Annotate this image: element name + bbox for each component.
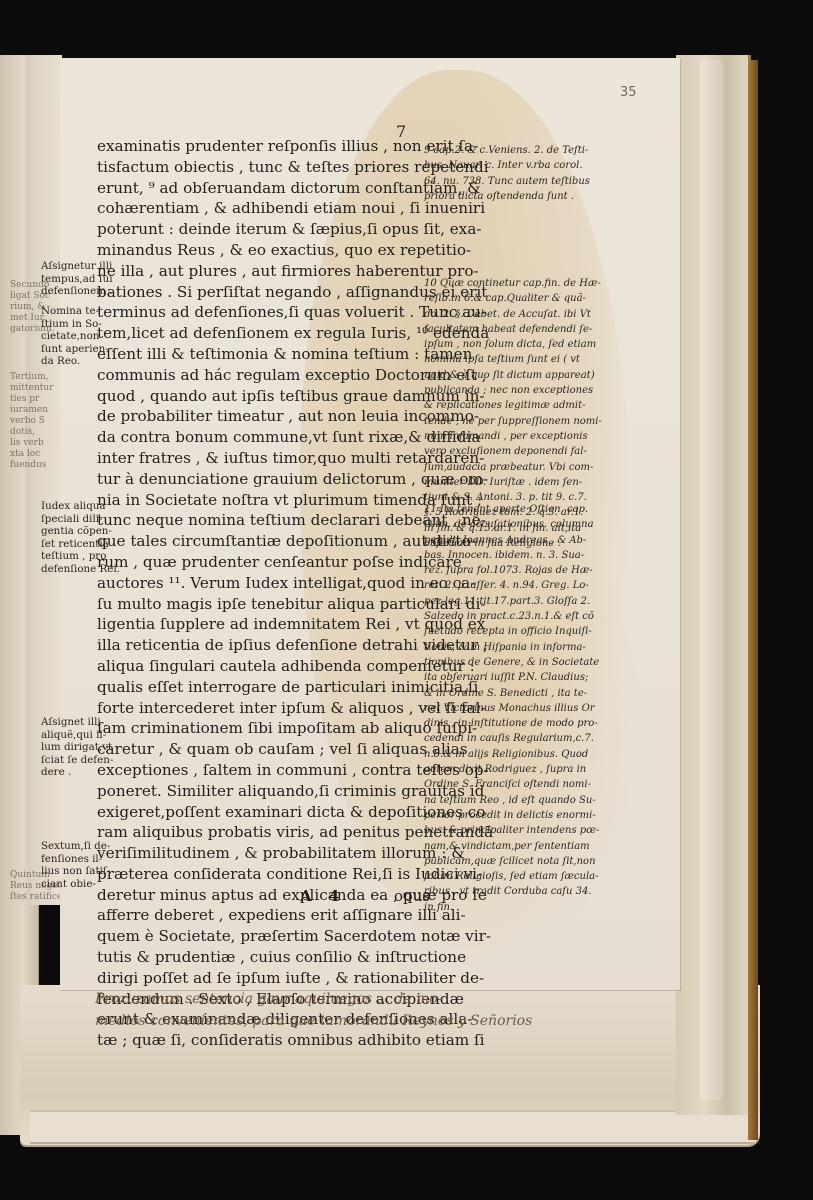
text-line: exceptiones , ſaltem in communi , contra… <box>97 760 427 781</box>
text-line: rum , quæ prudenter cenſeantur poſse ind… <box>97 552 427 573</box>
text-line: afferre deberet , expediens erit aſſigna… <box>97 905 427 926</box>
footnote-line: muniter DD. Iuriſtæ . idem ſen- <box>424 475 610 490</box>
text-line: exigeret,poſſent examinari dicta & depoſ… <box>97 802 427 823</box>
margin-note-line: tempus,ad ſui <box>41 273 113 286</box>
handwriting-line: medios convenientes, para que tamorandu … <box>95 1010 655 1032</box>
margin-note: Sextum,ſi de-fenſiones il-lius non ſatiſ… <box>41 840 113 890</box>
margin-note: Aſsignetur illitempus,ad ſuidefenſionem … <box>41 260 113 298</box>
back-note-line: iuramen <box>10 405 66 416</box>
footnote-line: ſuetudo recepta in officio Inquiſi- <box>424 624 610 639</box>
text-line: caretur , & quam ob cauſam ; vel ſi aliq… <box>97 739 427 760</box>
text-line: quod , quando aut ipſis teſtibus graue d… <box>97 386 427 407</box>
text-line: veriſimilitudinem , & probabilitatem ill… <box>97 843 427 864</box>
back-note-line: mittentur <box>10 383 66 394</box>
footnote-line: bas. Innocen. ibidem. n. 3. Sua- <box>424 548 610 563</box>
footnote-line: na teſtium Reo , id eſt quando Su- <box>424 793 610 808</box>
text-line: examinatis prudenter reſponſis illius , … <box>97 136 427 157</box>
text-line: poterunt : deinde iterum & ſæpius,ſi opu… <box>97 219 427 240</box>
main-text-column: examinatis prudenter reſponſis illius , … <box>97 136 427 1051</box>
margin-note-line: Aſsignetur illi <box>41 260 113 273</box>
footnote-line: ribus , vt tradit Corduba caſu 34. <box>424 884 610 899</box>
margin-note-line: lius non ſatiſ- <box>41 865 113 878</box>
binding-edge <box>748 60 758 1140</box>
margin-note-line: ſunt aperien- <box>41 343 113 356</box>
margin-note: Aſsignet illialiquẽ,qui il-lum dirigat,v… <box>41 716 113 779</box>
page-stack-bottom-edge <box>30 1110 755 1144</box>
handwritten-annotation: Prozuzamos sentencia gaur aquiluegos ...… <box>95 988 655 1032</box>
text-line: tur à denunciatione grauium delictorum ,… <box>97 469 427 490</box>
margin-note-line: da Reo. <box>41 355 113 368</box>
footnote-line: tende , ne per ſuppreſſionem nomi- <box>424 414 610 429</box>
footnote-line: pez.leg.11.tit.17.part.3. Gloſſa 2. <box>424 594 610 609</box>
text-line: tisfactum obiectis , tunc & teſtes prior… <box>97 157 427 178</box>
text-line: inter fratres , & iuſtus timor,quo multi… <box>97 448 427 469</box>
footnote-line: publicam,quæ ſcilicet nota ſit,non <box>424 854 610 869</box>
footnote-line: in fin. <box>424 900 610 915</box>
footnote-line: 10 Quæ continetur cap.fin. de Hæ- <box>424 276 610 291</box>
text-line: qualis eſſet interrogare de particulari … <box>97 677 427 698</box>
footnote-line: tionis, & in Hiſpania in informa- <box>424 640 610 655</box>
text-line: communis ad hác regulam exceptio Doctoru… <box>97 365 427 386</box>
footnote-line: rez. ſupra fol.1073. Rojas de Hæ- <box>424 563 610 578</box>
margin-note-line: ſtium in So- <box>41 318 113 331</box>
text-line: poneret. Similiter aliquando,ſi criminis… <box>97 781 427 802</box>
footnote-line: nam,& vindictam,per ſententiam <box>424 839 610 854</box>
footnote-line: tionibus de Genere, & in Societate <box>424 655 610 670</box>
back-note-line: ſtes ratificent <box>10 892 66 903</box>
footnote-line: Ordine S. Franciſci oſtendi nomi- <box>424 777 610 792</box>
margin-note-line: gentia cõpen- <box>41 525 113 538</box>
footnote-line: priora dicta oſtendenda ſunt . <box>424 189 610 204</box>
footnote-line: quid,& à quo ſit dictum appareat) <box>424 368 610 383</box>
text-line: tem,licet ad defenſionem ex regula Iuris… <box>97 323 427 344</box>
text-line: quem è Societate, præſertim Sacerdotem n… <box>97 926 427 947</box>
margin-note-line: ciant obie- <box>41 878 113 891</box>
footnote-line: do. 2. §. Debet. de Accuſat. ibi Vt <box>424 307 610 322</box>
back-note-line: lis verb <box>10 438 66 449</box>
footnote-line: penult. Ioannes Andreas , & Ab- <box>424 533 610 548</box>
text-line: nia in Societate noſtra vt plurimum time… <box>97 490 427 511</box>
footnote-line: perior procedit in delictis enormi- <box>424 808 610 823</box>
text-line: dirigi poſſet ad ſe ipſum iuſte , & rati… <box>97 968 427 989</box>
margin-note: Iudex aliquaſpeciali dili-gentia cõpen-ſ… <box>41 500 113 576</box>
footnote-line: & replicationes legitimæ admit- <box>424 398 610 413</box>
margin-note-line: teſtium , pro <box>41 550 113 563</box>
footnote-line: bus. & principaliter intendens pœ- <box>424 823 610 838</box>
text-line: ſu multo magis ipſe tenebitur aliqua par… <box>97 594 427 615</box>
margin-note-line: ſpeciali dili- <box>41 513 113 526</box>
text-line: tunc neque nomina teſtium declarari debe… <box>97 510 427 531</box>
text-line: eſſent illi & teſtimonia & nomina teſtiu… <box>97 344 427 365</box>
text-line: aliqua ſingulari cautela adhibenda compe… <box>97 656 427 677</box>
signature-mark: A 4 <box>300 887 345 905</box>
margin-note-line: ſciat ſe defen- <box>41 754 113 767</box>
margin-note-line: Sextum,ſi de- <box>41 840 113 853</box>
footnote-11: 11 Ita tenent aperte Oſtien. cap.Olim. d… <box>424 502 610 915</box>
text-line: terminus ad defenſiones,ſi quas voluerit… <box>97 302 427 323</box>
footnote-line: autem dixit Rodriguez , ſupra in <box>424 762 610 777</box>
margin-note-line: Iudex aliqua <box>41 500 113 513</box>
catchword-line: A 4 opus <box>300 887 430 905</box>
text-line: tæ ; quæ ſi, conſideratis omnibus adhibi… <box>97 1030 427 1051</box>
footnote-line: ret. 2. p. aſſer. 4. n.94. Greg. Lo- <box>424 578 610 593</box>
text-line: tutis & prudentiæ , cuius conſilio & inſ… <box>97 947 427 968</box>
page-stack-right-inner <box>700 60 722 1100</box>
footnote-line: ita obſeruari iuſſit P.N. Claudius; <box>424 670 610 685</box>
margin-note-line: Aſsignet illi <box>41 716 113 729</box>
footnote-line: 64. nu. 738. Tunc autem teſtibus <box>424 174 610 189</box>
text-line: da contra bonum commune,vt ſunt rixæ,& d… <box>97 427 427 448</box>
text-line: minandus Reus , & eo exactius, quo ex re… <box>97 240 427 261</box>
footnote-line: & in Ordine S. Benedicti , ita te- <box>424 686 610 701</box>
text-line: de probabiliter timeatur , aut non leuia… <box>97 406 427 427</box>
footnote-line: facultatem habeat defendendi ſe- <box>424 322 610 337</box>
text-line: ligentia ſupplere ad indemnitatem Rei , … <box>97 614 427 635</box>
text-line: forte intercederet inter ipſum & aliquos… <box>97 698 427 719</box>
margin-note-line: cietate,non <box>41 330 113 343</box>
footnote-line: 9 cap.2. & c.Veniens. 2. de Teſti- <box>424 143 610 158</box>
margin-note-line: fenſiones il- <box>41 853 113 866</box>
text-line: præterea conſiderata conditione Rei,ſi i… <box>97 864 427 885</box>
text-line: auctores ¹¹. Verum Iudex intelligat,quod… <box>97 573 427 594</box>
text-line: bationes . Si perſiſtat negando , aſſign… <box>97 282 427 303</box>
margin-note-line: ſet reticentiã <box>41 538 113 551</box>
back-note-line: xta loc <box>10 449 66 460</box>
text-line: que tales circumſtantiæ depoſitionum , a… <box>97 531 427 552</box>
text-line: illa reticentia de ipſius defenſione det… <box>97 635 427 656</box>
margin-note-line: defenſione Rei. <box>41 563 113 576</box>
back-note-line: ties pr <box>10 394 66 405</box>
footnote-line: ipſum , non ſolum dicta, ſed etiam <box>424 337 610 352</box>
text-line: ne illa , aut plures , aut firmiores hab… <box>97 261 427 282</box>
handwriting-line: Prozuzamos sentencia gaur aquiluegos ...… <box>95 988 655 1010</box>
back-note-line: fuendus <box>10 460 66 471</box>
text-line: ram aliquibus probatis viris, ad penitus… <box>97 822 427 843</box>
footnote-line: nomina ipſa teſtium ſunt ei ( vt <box>424 352 610 367</box>
footnote-line: 11 Ita tenent aperte Oſtien. cap. <box>424 502 610 517</box>
margin-note: Nomina te-ſtium in So-cietate,nonſunt ap… <box>41 305 113 368</box>
back-note-line: dotis, <box>10 427 66 438</box>
text-line: cohærentiam , & adhibendi etiam noui , ſ… <box>97 198 427 219</box>
pencil-page-number: 35 <box>620 85 637 100</box>
footnote-line: ſolum Religioſis, ſed etiam ſæcula- <box>424 869 610 884</box>
text-line: ſam criminationem ſibi impoſitam ab aliq… <box>97 718 427 739</box>
footnote-line: ſum,audacia præbeatur. Vbi com- <box>424 460 610 475</box>
margin-note-line: dere . <box>41 766 113 779</box>
back-note-line: Tertium, <box>10 372 66 383</box>
margin-note-line: defenſionem . <box>41 285 113 298</box>
footnote-line: net Victorinus Monachus illius Or <box>424 701 610 716</box>
back-note-line: verbo S <box>10 416 66 427</box>
footnote-line: publicanda ; nec non exceptiones <box>424 383 610 398</box>
footnote-line: bus. Nauar. c. Inter v.rba corol. <box>424 158 610 173</box>
footnote-line: Olim. de accuſationibus. columna <box>424 517 610 532</box>
margin-note-line: Nomina te- <box>41 305 113 318</box>
footnote-line: Salzedo in pract.c.23.n.1.& eſt cõ <box>424 609 610 624</box>
margin-note-line: lum dirigat,vt <box>41 741 113 754</box>
margin-note-line: aliquẽ,qui il- <box>41 729 113 742</box>
text-line: erunt, ⁹ ad obſeruandam dictorum conſtan… <box>97 178 427 199</box>
footnote-line: cedendi in cauſis Regularium,c.7. <box>424 731 610 746</box>
footnote-line: n.8.& in alijs Religionibus. Quod <box>424 747 610 762</box>
footnote-line: dinis , in inſtitutione de modo pro- <box>424 716 610 731</box>
footnote-line: num infamandi , per exceptionis <box>424 429 610 444</box>
footnote-line: vero excluſionem deponendi fal- <box>424 444 610 459</box>
back-page-note: Tertium,mittenturties priuramenverbo Sdo… <box>10 372 66 471</box>
footnote-line: reſib.in 6.& cap.Qualiter & quã- <box>424 291 610 306</box>
footnote-9: 9 cap.2. & c.Veniens. 2. de Teſti-bus. N… <box>424 143 610 204</box>
